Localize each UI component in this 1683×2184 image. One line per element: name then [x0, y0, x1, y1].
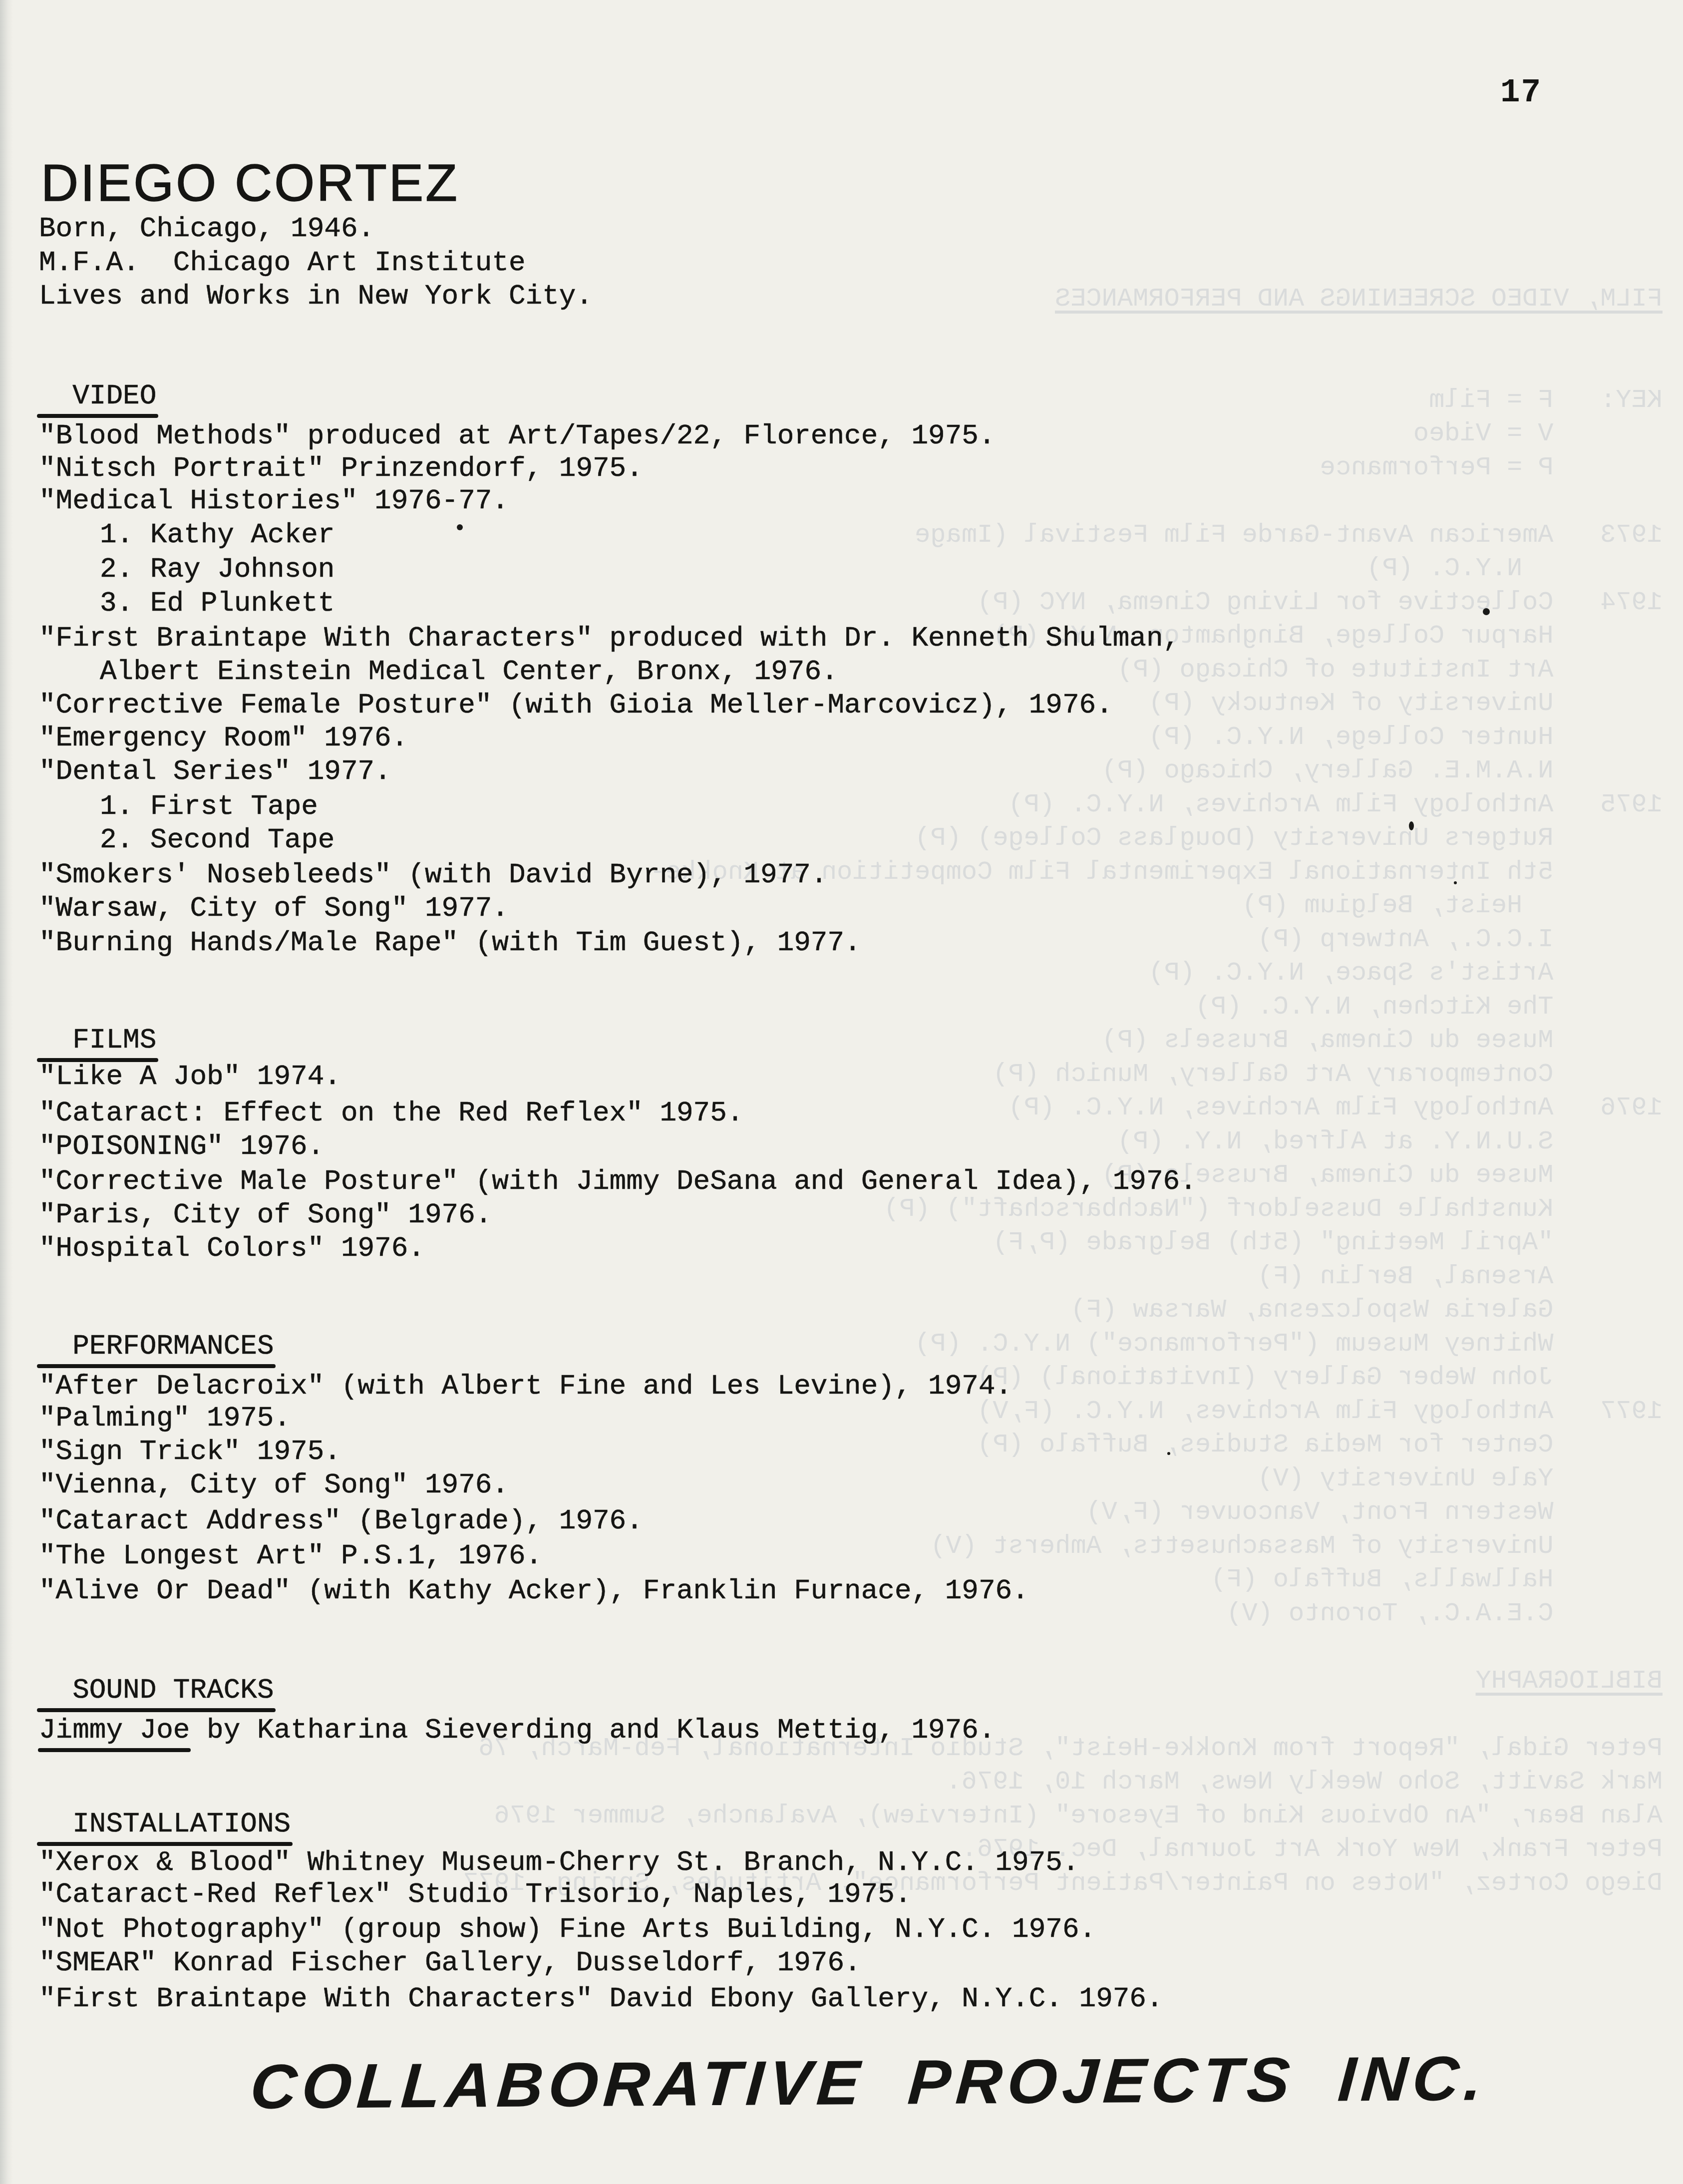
list-item: "Cataract: Effect on the Red Reflex" 197… — [39, 1098, 743, 1128]
list-item: Albert Einstein Medical Center, Bronx, 1… — [100, 657, 838, 687]
show-through-line — [844, 484, 1663, 518]
list-item: "Like A Job" 1974. — [39, 1062, 341, 1092]
list-item: "Palming" 1975. — [39, 1403, 291, 1433]
list-item: "Emergency Room" 1976. — [39, 723, 408, 753]
list-item: "Smokers' Nosebleeds" (with David Byrne)… — [39, 860, 827, 890]
list-item: "Burning Hands/Male Rape" (with Tim Gues… — [39, 928, 861, 958]
show-through-heading: FILM, VIDEO SCREENINGS AND PERFORMANCES — [844, 282, 1663, 316]
show-through-line: N.Y.C. (P) — [844, 552, 1663, 586]
sound-track-entry: Jimmy Joe by Katharina Sieverding and Kl… — [39, 1715, 996, 1745]
list-item: "Vienna, City of Song" 1976. — [39, 1470, 509, 1500]
list-item: "First Braintape With Characters" produc… — [39, 623, 1180, 653]
heading-underline — [37, 414, 158, 418]
show-through-lines: KEY: F = Film V = Video P = Performance1… — [844, 383, 1663, 1900]
list-item: "SMEAR" Konrad Fischer Gallery, Dusseldo… — [39, 1948, 861, 1978]
list-item: 1. Kathy Acker — [100, 520, 335, 550]
show-through-line: Musee du Cinema, Brussels (P) — [844, 1024, 1663, 1058]
section-heading-films: FILMS — [39, 995, 156, 1055]
show-through-text: FILM, VIDEO SCREENINGS AND PERFORMANCES … — [844, 215, 1663, 1934]
paper-edge — [0, 0, 13, 2184]
show-through-line: 1973 American Avant-Garde Film Festival … — [844, 518, 1663, 552]
artist-residence: Lives and Works in New York City. — [39, 281, 593, 311]
heading-text: VIDEO — [72, 380, 156, 412]
dust-speck — [1409, 821, 1414, 830]
heading-underline — [37, 1708, 276, 1712]
heading-text: SOUND TRACKS — [72, 1674, 274, 1706]
show-through-line: N.A.M.E. Gallery, Chicago (P) — [844, 754, 1663, 788]
list-item: "Blood Methods" produced at Art/Tapes/22… — [39, 421, 996, 451]
show-through-line: BIBLIOGRAPHY — [844, 1664, 1663, 1698]
show-through-line: The Kitchen, N.Y.C. (P) — [844, 990, 1663, 1024]
publisher-footer: COLLABORATIVE PROJECTS INC. — [209, 2042, 1528, 2123]
dust-speck — [1483, 608, 1490, 615]
dust-speck — [457, 524, 463, 530]
show-through-line: "April Meeting" (5th) Belgrade (P,F) — [844, 1226, 1663, 1260]
list-item: 3. Ed Plunkett — [100, 588, 335, 618]
list-item: "Nitsch Portrait" Prinzendorf, 1975. — [39, 453, 643, 483]
list-item: "Corrective Female Posture" (with Gioia … — [39, 690, 1113, 720]
list-item: "Medical Histories" 1976-77. — [39, 486, 509, 516]
show-through-line: Mark Savitt, Soho Weekly News, March 10,… — [844, 1765, 1663, 1799]
artist-name: DIEGO CORTEZ — [41, 154, 459, 213]
list-item: 2. Second Tape — [100, 825, 335, 855]
heading-underline — [37, 1364, 276, 1368]
list-item: "Not Photography" (group show) Fine Arts… — [39, 1914, 1096, 1944]
show-through-line: 5th International Experimental Film Comp… — [844, 855, 1663, 889]
page-number: 17 — [1500, 74, 1542, 111]
section-heading-sound-tracks: SOUND TRACKS — [39, 1645, 274, 1705]
show-through-line: Hunter College, N.Y.C. (P) — [844, 721, 1663, 754]
show-through-line: Whitney Museum ("Performance") N.Y.C. (P… — [844, 1327, 1663, 1361]
sound-track-title: Jimmy Joe — [39, 1715, 190, 1745]
list-item: 1. First Tape — [100, 791, 318, 821]
list-item: "Paris, City of Song" 1976. — [39, 1200, 492, 1230]
show-through-line: Contemporary Art Gallery, Munich (P) — [844, 1058, 1663, 1092]
list-item: "Cataract Address" (Belgrade), 1976. — [39, 1506, 643, 1536]
heading-text: INSTALLATIONS — [72, 1808, 291, 1840]
list-item: "After Delacroix" (with Albert Fine and … — [39, 1371, 1012, 1401]
list-item: "Dental Series" 1977. — [39, 756, 391, 786]
list-item: "Alive Or Dead" (with Kathy Acker), Fran… — [39, 1576, 1029, 1606]
artist-education: M.F.A. Chicago Art Institute — [39, 248, 526, 278]
list-item: "First Braintape With Characters" David … — [39, 1984, 1163, 2014]
show-through-line: 1974 Collective for Living Cinema, NYC (… — [844, 586, 1663, 620]
artist-born: Born, Chicago, 1946. — [39, 214, 374, 244]
show-through-line: KEY: F = Film — [844, 383, 1663, 417]
section-heading-performances: PERFORMANCES — [39, 1301, 274, 1361]
show-through-line: Galeria Wspolczesna, Warsaw (F) — [844, 1293, 1663, 1327]
dust-speck — [1454, 881, 1457, 884]
list-item: "Warsaw, City of Song" 1977. — [39, 893, 509, 923]
heading-text: PERFORMANCES — [72, 1330, 274, 1362]
heading-underline — [37, 1842, 293, 1846]
list-item: "POISONING" 1976. — [39, 1131, 324, 1161]
show-through-line: Rutgers University (Douglass College) (P… — [844, 821, 1663, 855]
list-item: "The Longest Art" P.S.1, 1976. — [39, 1541, 542, 1571]
section-heading-installations: INSTALLATIONS — [39, 1779, 291, 1839]
show-through-line: P = Performance — [844, 451, 1663, 485]
show-through-line: S.U.N.Y. at Alfred, N.Y. (P) — [844, 1125, 1663, 1159]
show-through-line: University of Massachusetts, Amherst (V) — [844, 1529, 1663, 1563]
list-item: "Xerox & Blood" Whitney Museum-Cherry St… — [39, 1847, 1079, 1877]
show-through-line: Western Front, Vancouver (F,V) — [844, 1495, 1663, 1529]
heading-text: FILMS — [72, 1024, 156, 1056]
sound-track-credits: by Katharina Sieverding and Klaus Mettig… — [190, 1714, 995, 1746]
list-item: "Sign Trick" 1975. — [39, 1437, 341, 1466]
dust-speck — [1167, 1452, 1170, 1455]
show-through-line: 1976 Anthology Film Archives, N.Y.C. (P) — [844, 1091, 1663, 1125]
list-item: "Cataract-Red Reflex" Studio Trisorio, N… — [39, 1879, 911, 1909]
list-item: "Hospital Colors" 1976. — [39, 1233, 425, 1263]
section-heading-video: VIDEO — [39, 351, 156, 411]
show-through-line: Arsenal, Berlin (F) — [844, 1260, 1663, 1294]
show-through-line: Alan Bear, "An Obvious Kind of Eyesore" … — [844, 1799, 1663, 1833]
show-through-line: Heist, Belgium (P) — [844, 889, 1663, 923]
show-through-line: Art Institute of Chicago (P) — [844, 653, 1663, 687]
show-through-line: 1975 Anthology Film Archives, N.Y.C. (P) — [844, 788, 1663, 822]
show-through-line: Center for Media Studies, Buffalo (P) — [844, 1428, 1663, 1462]
show-through-line — [844, 1630, 1663, 1664]
show-through-line: I.C.C., Antwerp (P) — [844, 923, 1663, 957]
list-item: 2. Ray Johnson — [100, 554, 335, 584]
show-through-line: Yale University (V) — [844, 1462, 1663, 1496]
list-item: "Corrective Male Posture" (with Jimmy De… — [39, 1166, 1197, 1196]
show-through-line: Artist's Space, N.Y.C. (P) — [844, 956, 1663, 990]
